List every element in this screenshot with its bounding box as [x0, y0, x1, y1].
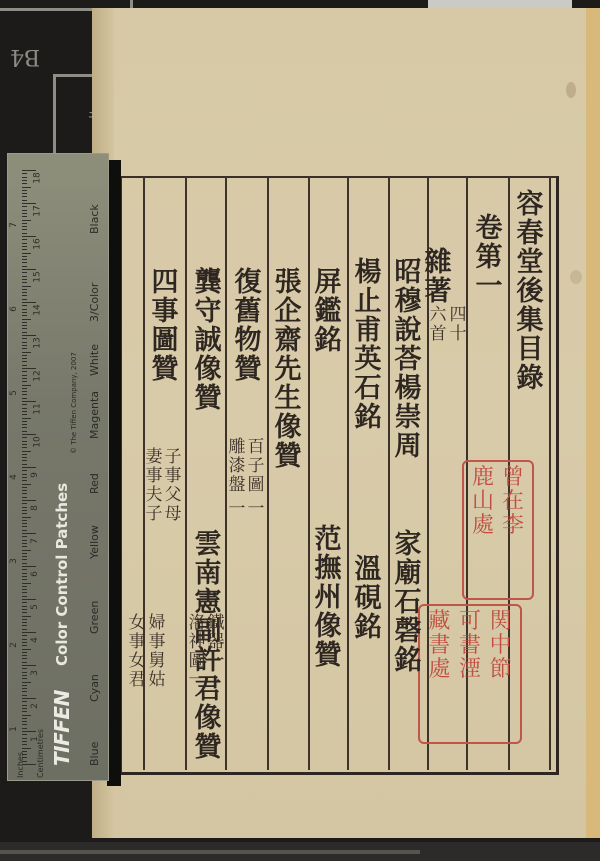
ruler-tick — [22, 586, 27, 587]
inch-tick-label: 7 — [9, 222, 19, 228]
seal-glyph: 藏 — [428, 610, 450, 634]
patch-label-green: Green — [88, 601, 101, 634]
seal-glyph: 在 — [502, 490, 524, 514]
glyph: 女 — [129, 652, 146, 671]
glyph: 贊 — [235, 355, 262, 384]
ruler-tick — [22, 635, 27, 636]
glyph: 楊 — [395, 374, 422, 403]
page-edge — [586, 8, 600, 838]
ruler-tick — [22, 200, 27, 201]
ruler-tick — [22, 246, 27, 247]
ruler-tick — [22, 596, 27, 597]
ruler-tick — [22, 401, 36, 402]
glyph: 銘 — [315, 326, 342, 355]
card-title: Color Control Patches — [53, 483, 71, 666]
ruler-tick — [22, 355, 27, 356]
glyph: 君 — [129, 671, 146, 690]
glyph: 首 — [430, 325, 447, 344]
ruler-tick — [22, 256, 27, 257]
glyph: 范 — [315, 525, 342, 554]
seal-column: 藏書處 — [428, 610, 450, 738]
ruler-tick — [22, 688, 27, 689]
ruler-tick — [22, 748, 31, 749]
ruler-tick — [22, 358, 27, 359]
glyph: 龔 — [195, 268, 222, 297]
ruler-tick — [22, 414, 27, 415]
ruler-tick — [22, 309, 27, 310]
glyph: 銘 — [355, 403, 382, 432]
glyph: 溫 — [355, 555, 382, 584]
ruler-tick — [22, 253, 31, 254]
patch-label-red: Red — [88, 473, 101, 494]
column-rule — [185, 176, 187, 770]
ruler-tick — [22, 206, 27, 207]
glyph: 一 — [208, 652, 225, 671]
patch-label-3color: 3/Color — [88, 283, 101, 322]
glyph: 事 — [129, 633, 146, 652]
ruler-tick — [22, 685, 27, 686]
ruler-tick — [22, 612, 27, 613]
ruler-tick — [22, 741, 27, 742]
glyph: 後 — [517, 277, 544, 306]
ruler-tick — [22, 675, 27, 676]
toc-entry: 龔守誠像贊 — [190, 268, 226, 413]
board-label-b4: B4 — [10, 44, 40, 69]
ruler-tick — [22, 322, 27, 323]
ruler-tick — [22, 345, 27, 346]
glyph: 舊 — [235, 297, 262, 326]
ruler-tick — [22, 444, 27, 445]
ruler-tick — [22, 378, 27, 379]
ruler-tick — [22, 619, 27, 620]
ruler-tick — [22, 269, 36, 270]
ruler-tick — [22, 517, 31, 518]
ruler-tick — [22, 315, 27, 316]
ruler-tick — [22, 427, 27, 428]
toc-entry: 張企齋先生像贊 — [270, 268, 306, 471]
ruler-tick — [22, 388, 27, 389]
ruler-tick — [22, 441, 27, 442]
toc-entry: 復舊物贊 — [230, 268, 266, 384]
column-rule — [347, 176, 349, 770]
ruler-tick — [22, 533, 36, 534]
glyph: 像 — [315, 612, 342, 641]
patch-label-magenta: Magenta — [88, 391, 101, 439]
ruler-tick — [22, 738, 27, 739]
item-note: 婦事舅姑 — [148, 614, 166, 690]
seal-lower: 関中節 可書湮 藏書處 — [418, 604, 522, 744]
seal-glyph: 山 — [472, 490, 494, 514]
cm-tick-label: 2 — [30, 703, 40, 709]
glyph: 卷 — [476, 214, 503, 243]
glyph: 贊 — [195, 733, 222, 762]
ruler-tick — [22, 259, 27, 260]
ruler-tick — [22, 193, 27, 194]
cm-tick-label: 6 — [30, 571, 40, 577]
ruler-tick — [22, 236, 36, 237]
ruler-tick — [22, 724, 27, 725]
glyph: 止 — [355, 287, 382, 316]
glyph: 著 — [425, 277, 452, 306]
item-note: 雕漆盤 — [228, 438, 246, 495]
ruler-tick — [22, 196, 27, 197]
glyph: 生 — [275, 384, 302, 413]
seal-column: 可書湮 — [459, 610, 481, 738]
ruler-tick — [22, 715, 31, 716]
glyph: 事 — [146, 467, 163, 486]
glyph: 錄 — [517, 364, 544, 393]
ruler-tick — [22, 642, 27, 643]
ruler-tick — [22, 744, 27, 745]
ruler-tick — [22, 705, 27, 706]
ruler-tick — [22, 711, 27, 712]
tiffen-logo: TIFFEN — [50, 690, 74, 766]
stain — [566, 82, 576, 98]
ruler-tick — [22, 408, 27, 409]
ruler-tick — [22, 424, 27, 425]
ruler-tick — [22, 698, 36, 699]
ruler-tick — [22, 510, 27, 511]
section-count-note: 四十 — [449, 306, 467, 344]
ruler-tick — [22, 477, 27, 478]
ruler-tick — [22, 262, 27, 263]
ruler-tick — [22, 662, 27, 663]
ruler-tick — [22, 210, 27, 211]
glyph: 目 — [517, 335, 544, 364]
glyph: 贊 — [275, 442, 302, 471]
seal-glyph: 處 — [472, 514, 494, 538]
glyph: 銘 — [355, 613, 382, 642]
seal-glyph: 中 — [490, 634, 512, 658]
ruler-tick — [22, 500, 36, 501]
glyph: 英 — [355, 345, 382, 374]
ruler-tick — [22, 299, 27, 300]
cm-tick-label: 15 — [33, 271, 43, 282]
ruler-tick — [22, 583, 31, 584]
glyph: 贊 — [152, 355, 179, 384]
glyph: 雜 — [425, 248, 452, 277]
glyph: 鐵 — [208, 614, 225, 633]
ruler-tick — [22, 625, 27, 626]
ruler-tick — [22, 371, 27, 372]
ruler-tick — [22, 394, 27, 395]
glyph: 屏 — [315, 268, 342, 297]
ruler-tick — [22, 243, 27, 244]
ruler-tick — [22, 375, 27, 376]
ruler-tick — [22, 639, 27, 640]
ruler-tick — [22, 543, 27, 544]
ruler-tick — [22, 728, 27, 729]
patch-label-cyan: Cyan — [88, 674, 101, 702]
ruler-tick — [22, 342, 27, 343]
unit-inches: Inches — [16, 752, 25, 778]
cm-tick-label: 10 — [33, 436, 43, 447]
ruler-tick — [22, 665, 36, 666]
glyph: 洛 — [189, 614, 206, 633]
ruler-tick — [22, 718, 27, 719]
seal-column: 鹿山處 — [472, 466, 494, 594]
ruler-tick — [22, 658, 27, 659]
glyph: 甫 — [355, 316, 382, 345]
glyph: 磬 — [395, 617, 422, 646]
item-note: 子事父母 — [164, 448, 182, 524]
ruler-tick — [22, 503, 27, 504]
glyph: 六 — [430, 306, 447, 325]
seal-glyph: 李 — [502, 514, 524, 538]
toc-entry: 楊止甫英石銘 — [350, 258, 386, 432]
ruler-tick — [22, 249, 27, 250]
ruler-tick — [22, 721, 27, 722]
volume-heading: 卷第一 — [471, 214, 507, 301]
item-note: 妻事夫子 — [145, 448, 163, 524]
ruler-tick — [22, 173, 27, 174]
ruler-tick — [22, 523, 27, 524]
ruler-tick — [22, 701, 27, 702]
glyph: 物 — [235, 326, 262, 355]
ruler-tick — [22, 437, 27, 438]
glyph: 石 — [395, 588, 422, 617]
glyph: 舅 — [149, 652, 166, 671]
ruler-tick — [22, 447, 27, 448]
cm-tick-label: 5 — [30, 604, 40, 610]
ruler-tick — [22, 223, 27, 224]
glyph: 張 — [275, 268, 302, 297]
glyph: 企 — [275, 297, 302, 326]
glyph: 雕 — [229, 438, 246, 457]
ruler-tick — [22, 177, 27, 178]
ruler-tick — [22, 289, 27, 290]
ruler-tick — [22, 550, 31, 551]
ruler-tick — [22, 520, 27, 521]
ruler-tick — [22, 592, 27, 593]
ruler-tick — [22, 233, 27, 234]
glyph: 第 — [476, 243, 503, 272]
glyph: 子 — [165, 448, 182, 467]
glyph: 妻 — [146, 448, 163, 467]
glyph: 像 — [195, 704, 222, 733]
ruler-tick — [22, 279, 27, 280]
item-note: 女事女君 — [128, 614, 146, 690]
seal-glyph: 可 — [459, 610, 481, 634]
ruler-tick — [22, 457, 27, 458]
ruler-tick — [22, 559, 27, 560]
seal-glyph: 節 — [490, 658, 512, 682]
ruler-tick — [22, 266, 27, 267]
ruler-tick — [22, 272, 27, 273]
ruler-tick — [22, 609, 27, 610]
card-shadow — [107, 160, 121, 786]
ruler-tick — [22, 546, 27, 547]
ruler-tick — [22, 180, 27, 181]
ruler-tick — [22, 335, 36, 336]
ruler-tick — [22, 216, 27, 217]
card-copyright: © The Tiffen Company, 2007 — [70, 352, 78, 454]
glyph: 硯 — [355, 584, 382, 613]
item-count: 一 — [247, 500, 265, 519]
glyph: 容 — [517, 190, 544, 219]
ruler-tick — [22, 606, 27, 607]
seal-column: 曾在李 — [502, 466, 524, 594]
glyph: 父 — [165, 486, 182, 505]
ruler-tick — [22, 295, 27, 296]
ruler-tick — [22, 451, 31, 452]
seal-column: 関中節 — [490, 610, 512, 738]
item-note: 鐵器一 — [207, 614, 225, 671]
toc-entry: 昭穆說荅楊崇周 — [390, 258, 426, 461]
cm-tick-label: 12 — [33, 370, 43, 381]
toc-entry: 范撫州像贊 — [310, 525, 346, 670]
patch-label-white: White — [88, 344, 101, 376]
ruler-tick — [22, 226, 27, 227]
cm-tick-label: 9 — [30, 472, 40, 478]
ruler-tick — [22, 470, 27, 471]
ruler-scale: 1234567891011121314151617181234567 — [8, 154, 40, 780]
ruler-tick — [22, 187, 31, 188]
ruler-tick — [22, 556, 27, 557]
glyph: 廟 — [395, 559, 422, 588]
ruler-tick — [22, 579, 27, 580]
ruler-tick — [22, 338, 27, 339]
ruler-tick — [22, 487, 27, 488]
ruler-tick — [22, 282, 27, 283]
ruler-tick — [22, 566, 36, 567]
inch-tick-label: 6 — [9, 306, 19, 312]
ruler-tick — [22, 276, 27, 277]
ruler-tick — [22, 292, 27, 293]
glyph: 四 — [152, 268, 179, 297]
glyph: 事 — [149, 633, 166, 652]
glyph: 崇 — [395, 403, 422, 432]
glyph: 銘 — [395, 646, 422, 675]
ruler-tick — [22, 421, 27, 422]
glyph: 神 — [189, 633, 206, 652]
cm-tick-label: 14 — [33, 304, 43, 315]
column-rule — [308, 176, 310, 770]
glyph: 百 — [248, 438, 265, 457]
glyph: 誠 — [195, 326, 222, 355]
bottom-strip — [0, 842, 600, 861]
glyph: 漆 — [229, 457, 246, 476]
ruler-tick — [22, 480, 27, 481]
inch-tick-label: 2 — [9, 642, 19, 648]
ruler-tick — [22, 616, 31, 617]
patch-label-blue: Blue — [88, 742, 101, 766]
glyph: 像 — [275, 413, 302, 442]
glyph: 雲 — [195, 530, 222, 559]
ruler-tick — [22, 203, 36, 204]
seal-glyph: 書 — [459, 634, 481, 658]
seal-glyph: 曾 — [502, 466, 524, 490]
cm-tick-label: 11 — [33, 403, 43, 414]
ruler-tick — [22, 632, 36, 633]
ruler-tick — [22, 691, 27, 692]
ruler-tick — [22, 352, 31, 353]
ruler-tick — [22, 645, 27, 646]
glyph: 圖 — [189, 652, 206, 671]
ruler-tick — [22, 361, 27, 362]
cm-tick-label: 17 — [33, 205, 43, 216]
glyph: 贊 — [315, 641, 342, 670]
ruler-tick — [22, 411, 27, 412]
ruler-tick — [22, 328, 27, 329]
ruler-tick — [22, 170, 36, 171]
ruler-tick — [22, 467, 36, 468]
ruler-tick — [22, 484, 31, 485]
glyph: 復 — [235, 268, 262, 297]
glyph: 鑑 — [315, 297, 342, 326]
glyph: 像 — [195, 355, 222, 384]
ruler-tick — [22, 391, 27, 392]
ruler-tick — [22, 526, 27, 527]
cm-tick-label: 18 — [33, 172, 43, 183]
glyph: 南 — [195, 559, 222, 588]
ruler-tick — [22, 286, 31, 287]
glyph: 事 — [152, 297, 179, 326]
glyph: 說 — [395, 316, 422, 345]
title-column: 容春堂後集目錄 — [512, 190, 548, 393]
glyph: 周 — [395, 432, 422, 461]
ruler-tick — [22, 649, 31, 650]
ruler-tick — [22, 381, 27, 382]
ruler-tick — [22, 319, 31, 320]
glyph: 圖 — [248, 476, 265, 495]
glyph: 州 — [315, 583, 342, 612]
ruler-tick — [22, 434, 36, 435]
ruler-tick — [22, 652, 27, 653]
ruler-tick — [22, 239, 27, 240]
glyph: 盤 — [229, 476, 246, 495]
glyph: 集 — [517, 306, 544, 335]
stain — [570, 270, 582, 284]
ruler-tick — [22, 540, 27, 541]
toc-entry: 家廟石磬銘 — [390, 530, 426, 675]
ruler-tick — [22, 493, 27, 494]
toc-entry: 四事圖贊 — [147, 268, 183, 384]
ruler-tick — [22, 553, 27, 554]
ruler-tick — [22, 682, 31, 683]
glyph: 一 — [189, 671, 206, 690]
glyph: 守 — [195, 297, 222, 326]
tiffen-color-card: 1234567891011121314151617181234567 TIFFE… — [7, 153, 109, 781]
inch-tick-label: 1 — [9, 726, 19, 732]
ruler-tick — [22, 569, 27, 570]
ruler-tick — [22, 398, 27, 399]
ruler-tick — [22, 655, 27, 656]
glyph: 女 — [129, 614, 146, 633]
glyph: 楊 — [355, 258, 382, 287]
ruler-tick — [22, 731, 36, 732]
toc-entry: 溫硯銘 — [350, 555, 386, 642]
ruler-tick — [22, 431, 27, 432]
inch-tick-label: 3 — [9, 558, 19, 564]
glyph: 子 — [248, 457, 265, 476]
ruler-tick — [22, 418, 31, 419]
glyph: 春 — [517, 219, 544, 248]
inch-tick-label: 4 — [9, 474, 19, 480]
ruler-tick — [22, 305, 27, 306]
ruler-tick — [22, 404, 27, 405]
seal-glyph: 書 — [428, 634, 450, 658]
unit-cm: Centimetres — [36, 729, 45, 778]
ruler-tick — [22, 507, 27, 508]
seal-glyph: 處 — [428, 658, 450, 682]
cm-tick-label: 7 — [30, 538, 40, 544]
column-rule — [549, 176, 551, 770]
glyph: 贊 — [195, 384, 222, 413]
ruler-tick — [22, 454, 27, 455]
glyph: 子 — [146, 505, 163, 524]
seal-glyph: 鹿 — [472, 466, 494, 490]
